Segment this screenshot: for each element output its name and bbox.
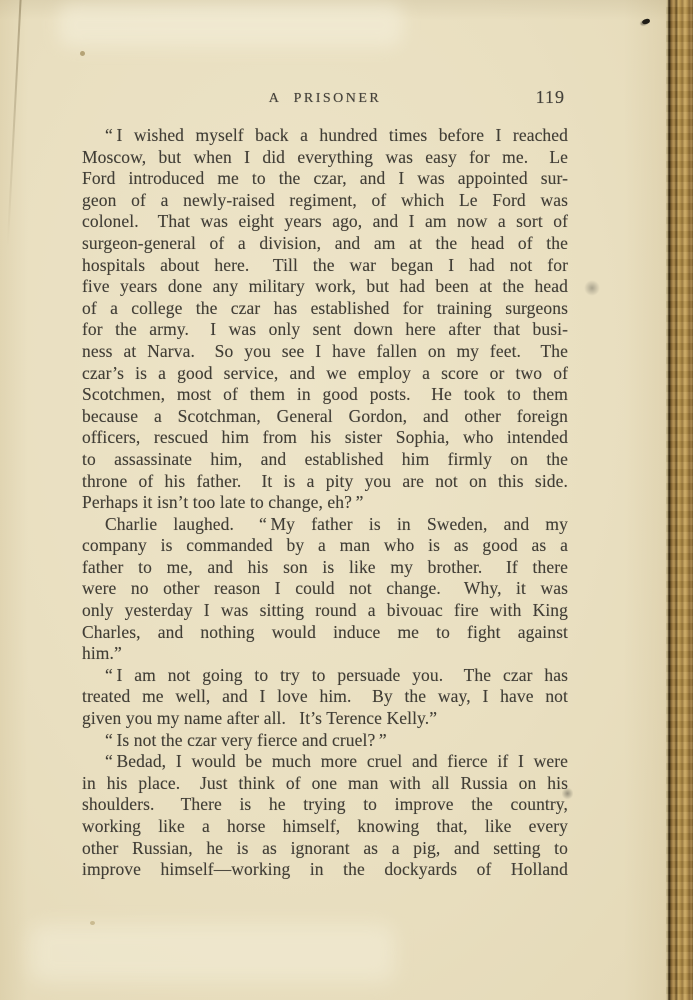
text-line: because a Scotchman, General Gordon, and… — [82, 406, 568, 428]
text-line: only yesterday I was sitting round a biv… — [82, 600, 568, 622]
text-line: him.” — [82, 643, 568, 665]
text-line: Moscow, but when I did everything was ea… — [82, 147, 568, 169]
scan-light-band-bottom — [30, 924, 395, 982]
text-line: other Russian, he is as ignorant as a pi… — [82, 838, 568, 860]
text-line: surgeon-general of a division, and am at… — [82, 233, 568, 255]
text-line: Scotchmen, most of them in good posts. H… — [82, 384, 568, 406]
text-line: “ I am not going to try to persuade you.… — [82, 665, 568, 687]
paper-smudge — [584, 280, 600, 296]
text-line: colonel. That was eight years ago, and I… — [82, 211, 568, 233]
text-line: company is commanded by a man who is as … — [82, 535, 568, 557]
running-title: A PRISONER — [82, 91, 568, 107]
text-line: for the army. I was only sent down here … — [82, 319, 568, 341]
text-line: father to me, and his son is like my bro… — [82, 557, 568, 579]
book-page-scan: A PRISONER 119 “ I wished myself back a … — [0, 0, 693, 1000]
paper-blemish — [90, 921, 95, 925]
text-line: Charles, and nothing would induce me to … — [82, 622, 568, 644]
text-line: ness at Narva. So you see I have fallen … — [82, 341, 568, 363]
text-line: czar’s is a good service, and we employ … — [82, 363, 568, 385]
text-line: geon of a newly-raised regiment, of whic… — [82, 190, 568, 212]
text-line: working like a horse himself, knowing th… — [82, 816, 568, 838]
text-line: Ford introduced me to the czar, and I wa… — [82, 168, 568, 190]
book-fore-edge — [666, 0, 693, 1000]
text-line: officers, rescued him from his sister So… — [82, 427, 568, 449]
text-line: of a college the czar has established fo… — [82, 298, 568, 320]
page-number: 119 — [536, 87, 565, 108]
text-line: five years done any military work, but h… — [82, 276, 568, 298]
text-line: hospitals about here. Till the war began… — [82, 255, 568, 277]
text-line: “ Is not the czar very fierce and cruel?… — [82, 730, 568, 752]
paper-crease — [7, 0, 22, 247]
text-line: Perhaps it isn’t too late to change, eh?… — [82, 492, 568, 514]
text-line: treated me well, and I love him. By the … — [82, 686, 568, 708]
text-line: Charlie laughed. “ My father is in Swede… — [82, 514, 568, 536]
text-line: to assassinate him, and established him … — [82, 449, 568, 471]
scan-light-band-top — [58, 3, 403, 47]
page-header: A PRISONER 119 — [82, 91, 568, 113]
text-block: “ I wished myself back a hundred times b… — [82, 125, 568, 881]
text-line: given you my name after all. It’s Terenc… — [82, 708, 568, 730]
ink-speck — [642, 18, 651, 24]
text-line: throne of his father. It is a pity you a… — [82, 471, 568, 493]
text-line: “ I wished myself back a hundred times b… — [82, 125, 568, 147]
text-line: improve himself—working in the dockyards… — [82, 859, 568, 881]
paper-blemish — [80, 51, 85, 56]
text-line: shoulders. There is he trying to improve… — [82, 794, 568, 816]
text-line: in his place. Just think of one man with… — [82, 773, 568, 795]
text-line: were no other reason I could not change.… — [82, 578, 568, 600]
text-line: “ Bedad, I would be much more cruel and … — [82, 751, 568, 773]
